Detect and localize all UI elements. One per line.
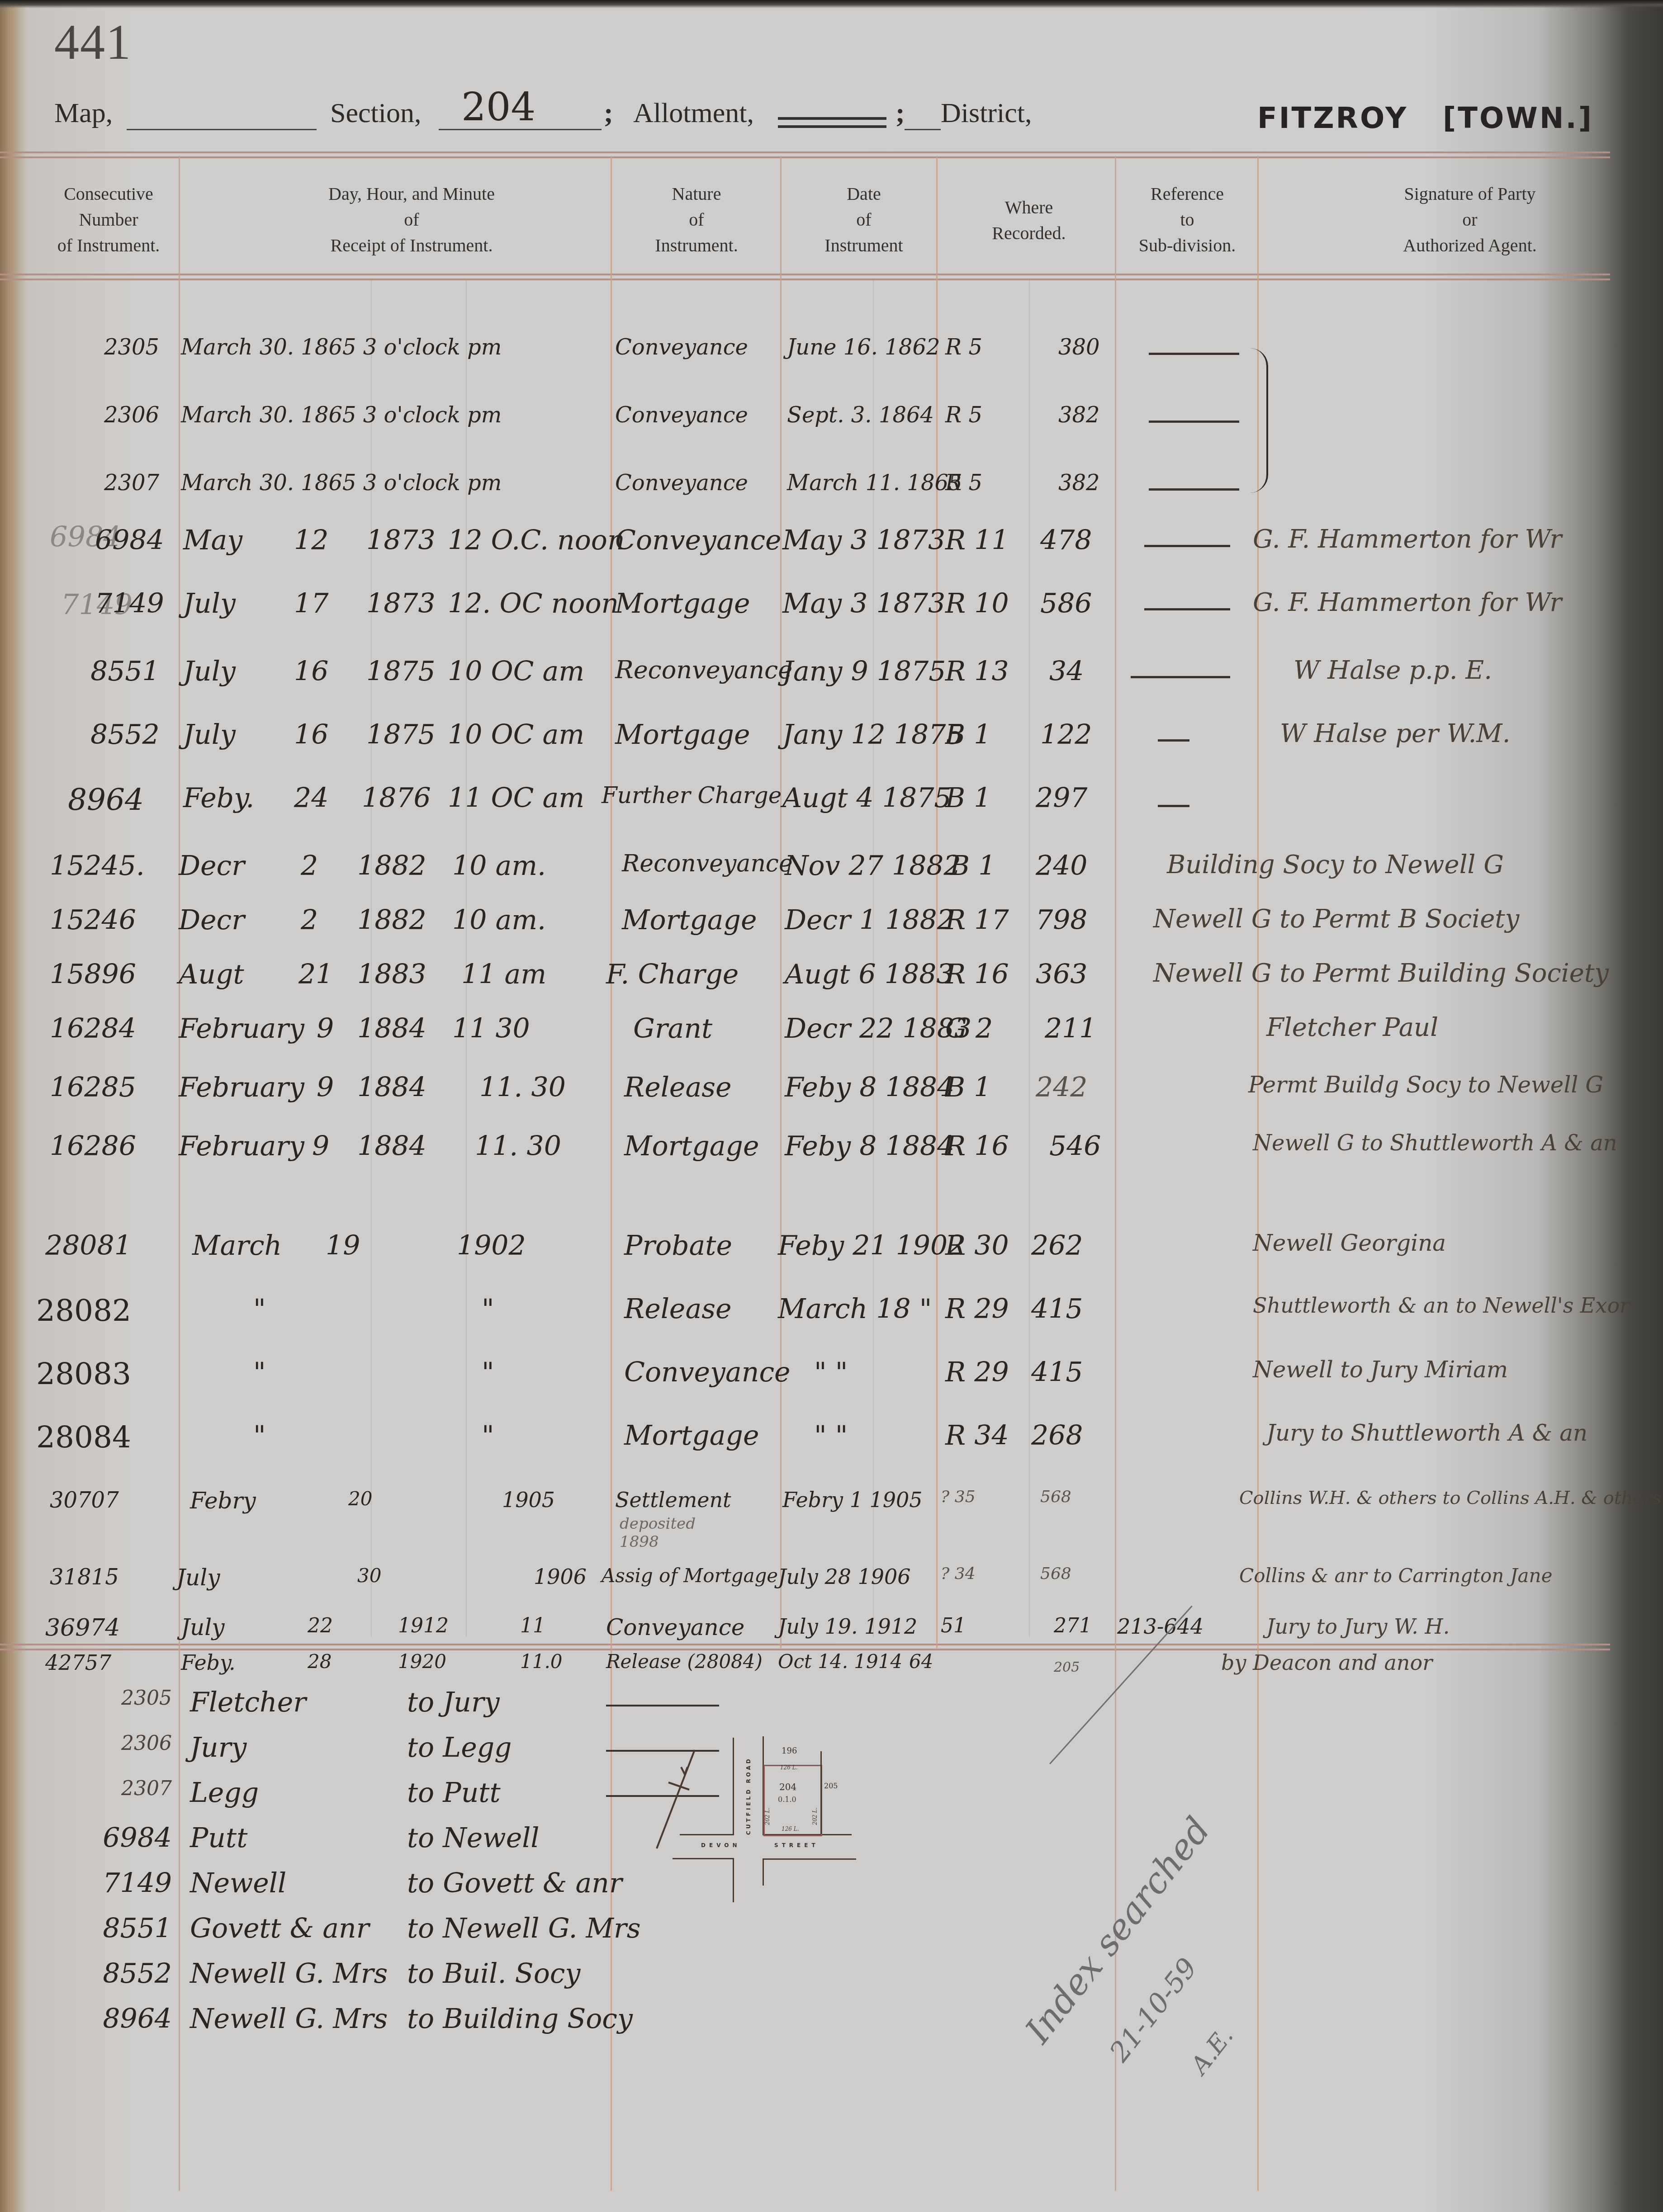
reference-dash [1158, 739, 1189, 742]
north-arrow-icon [656, 1745, 710, 1854]
receipt-month: " [253, 1357, 266, 1388]
receipt-month: February [179, 1072, 304, 1103]
folio-ref: 240 [1036, 850, 1088, 882]
signature: by Deacon and anor [1221, 1650, 1432, 1675]
instrument-date: Nov 27 1882 [785, 850, 961, 882]
receipt-month: Feby. [183, 782, 254, 814]
receipt-day: 16 [294, 656, 328, 687]
receipt-day: 28 [308, 1650, 332, 1673]
book-ref: B 1 [950, 850, 995, 882]
reference-dash [1149, 421, 1239, 423]
allotment-separator: ; [895, 97, 905, 129]
book-ref: R 10 [945, 588, 1009, 619]
instrument-nature: Conveyance [615, 470, 748, 496]
receipt-time: 12 O.C. noon [448, 525, 625, 556]
book-ref: R 16 [945, 1130, 1009, 1162]
receipt-time: 11 OC am [448, 782, 584, 814]
book-ref: R 30 [945, 1230, 1009, 1262]
instrument-date: Feby 8 1884 [785, 1072, 954, 1103]
receipt-year: 1882 [357, 850, 426, 882]
folio-ref: 382 [1058, 470, 1100, 496]
book-ref: B 1 [945, 782, 991, 814]
receipt-time: 10 am. [452, 850, 546, 882]
section-value: 204 [461, 85, 535, 130]
receipt-month: July [183, 588, 236, 619]
book-ref: ? 34 [941, 1564, 976, 1583]
reference-dash [1149, 488, 1239, 491]
book-ref: R 34 [945, 1420, 1009, 1451]
book-ref: B 1 [945, 719, 991, 751]
receipt-time: 11 [520, 1614, 545, 1637]
reference-dash [1149, 353, 1239, 355]
folio-ref: 586 [1040, 588, 1092, 619]
instrument-nature: Settlement [615, 1488, 731, 1512]
page-top-shadow [0, 0, 1663, 8]
page-number: 441 [54, 14, 132, 71]
map-label: Map, [54, 97, 113, 129]
instrument-nature: Grant [633, 1013, 712, 1045]
instrument-number: 15896 [50, 959, 136, 990]
folio-ref: 568 [1040, 1488, 1071, 1506]
folio-ref: 415 [1031, 1357, 1083, 1388]
instrument-date: Oct 14. 1914 [778, 1650, 902, 1673]
receipt-year: 1873 [366, 588, 436, 619]
nature-note: deposited 1898 [620, 1515, 696, 1551]
col-header-number: Consecutive Number of Instrument. [41, 181, 176, 258]
receipt-month: Decr [179, 850, 245, 882]
instrument-number: 30707 [50, 1488, 119, 1513]
reference-dash [1131, 676, 1230, 678]
receipt-day: 19 [326, 1230, 360, 1262]
signature: Shuttleworth & an to Newell's Exor [1253, 1293, 1630, 1318]
receipt-month: February [179, 1130, 304, 1162]
lot-number: 204 [779, 1782, 796, 1792]
instrument-date: May 3 1873 [782, 588, 945, 619]
lot-right-dimension: 202 L. [812, 1807, 818, 1825]
book-ref: 64 [909, 1650, 933, 1673]
instrument-number: 6984 [95, 525, 164, 556]
instrument-date: July 28 1906 [778, 1564, 911, 1589]
column-divider [179, 156, 180, 2191]
receipt-time: " [482, 1357, 494, 1388]
instrument-date: " " [814, 1357, 848, 1388]
chain-rule [606, 1705, 719, 1706]
folio-ref: 798 [1036, 904, 1088, 936]
col-header-nature: Nature of Instrument. [620, 181, 773, 258]
receipt-time: 1902 [457, 1230, 526, 1262]
header-bottom-rule [0, 271, 1610, 283]
subdivision-reference: 213-644 [1117, 1614, 1203, 1639]
receipt-datetime: March 30. 1865 3 o'clock pm [181, 470, 502, 496]
instrument-nature: Conveyance [615, 525, 782, 556]
instrument-number: 28083 [36, 1357, 131, 1391]
receipt-year: 1920 [398, 1650, 446, 1673]
folio-ref: 382 [1058, 402, 1100, 428]
folio-ref: 297 [1036, 782, 1088, 814]
instrument-nature: Mortgage [624, 1420, 759, 1451]
book-ref: R 16 [945, 959, 1009, 990]
instrument-date: Augt 4 1875 [782, 782, 952, 814]
district-label: District, [941, 97, 1032, 129]
receipt-month: " [253, 1420, 266, 1451]
east-lot-number: 205 [824, 1782, 838, 1790]
book-ref: ? 35 [941, 1488, 976, 1506]
column-divider [780, 156, 782, 1648]
district-pre-line [905, 129, 941, 130]
receipt-day: 16 [294, 719, 328, 751]
receipt-year: 1884 [357, 1013, 426, 1045]
index-searched-date: 21-10-59 [1104, 1952, 1203, 2068]
folio-ref: 546 [1049, 1130, 1101, 1162]
receipt-month: Augt [179, 959, 244, 990]
receipt-day: 2 [301, 850, 318, 882]
instrument-date: Sept. 3. 1864 [787, 402, 934, 428]
instrument-nature: Release [624, 1072, 731, 1103]
col-header-date: Date of Instrument [796, 181, 932, 258]
column-subdivider [1029, 280, 1030, 1637]
section-label: Section, [330, 97, 421, 129]
folio-ref: 268 [1031, 1420, 1083, 1451]
folio-ref: 271 [1054, 1614, 1092, 1637]
instrument-nature: Probate [624, 1230, 732, 1262]
signature: Collins W.H. & others to Collins A.H. & … [1239, 1488, 1662, 1508]
book-ref: R 29 [945, 1357, 1009, 1388]
receipt-time: " [482, 1420, 494, 1451]
folio-ref: 568 [1040, 1564, 1071, 1583]
book-ref: R 13 [945, 656, 1009, 687]
receipt-day: 20 [348, 1488, 372, 1510]
col-header-where: Where Recorded. [945, 194, 1113, 246]
receipt-time: 11. 30 [475, 1130, 561, 1162]
lot-top-dimension: 126 L. [780, 1764, 798, 1771]
instrument-number: 28082 [36, 1293, 131, 1328]
receipt-day: 12 [294, 525, 328, 556]
book-ref: R 5 [945, 470, 982, 496]
instrument-nature: Reconveyance [615, 656, 792, 684]
instrument-number: 2305 [104, 335, 159, 360]
allotment-label: Allotment, [633, 97, 754, 129]
receipt-month: May [183, 525, 242, 556]
receipt-day: 9 [312, 1130, 329, 1162]
book-ref: R 11 [945, 525, 1009, 556]
folio-ref: 363 [1036, 959, 1088, 990]
receipt-day: 17 [294, 588, 328, 619]
book-ref: 51 [941, 1614, 966, 1637]
instrument-number: 16285 [50, 1072, 136, 1103]
signature: W Halse p.p. E. [1293, 656, 1492, 685]
receipt-month: July [183, 656, 236, 687]
instrument-number: 15246 [50, 904, 136, 936]
instrument-nature: F. Charge [606, 959, 739, 990]
signature: Newell G to Permt Building Society [1153, 959, 1609, 988]
lot-boundary [820, 1751, 822, 1834]
folio-ref: 415 [1031, 1293, 1083, 1325]
reference-dash [1158, 805, 1189, 807]
receipt-time: 1905 [502, 1488, 555, 1512]
folio-ref: 205 [1054, 1659, 1080, 1675]
lot-bottom-dimension: 126 L. [782, 1826, 799, 1832]
instrument-nature: Mortgage [615, 719, 750, 751]
receipt-month: " [253, 1293, 266, 1325]
receipt-day: 30 [357, 1564, 381, 1587]
signature: Collins & anr to Carrington Jane [1239, 1564, 1553, 1587]
folio-ref: 478 [1040, 525, 1092, 556]
instrument-number: 31815 [50, 1564, 119, 1590]
instrument-nature: Mortgage [624, 1130, 759, 1162]
book-ref: R 29 [945, 1293, 1009, 1325]
receipt-month: July [181, 1614, 224, 1640]
receipt-time: 10 am. [452, 904, 546, 936]
column-divider [936, 156, 938, 1648]
instrument-date: May 3 1873 [782, 525, 945, 556]
signature: Jury to Shuttleworth A & an [1266, 1420, 1587, 1446]
index-searched-initials: A.E. [1185, 2022, 1239, 2080]
district-value: FITZROY [1257, 102, 1408, 135]
receipt-year: 1873 [366, 525, 436, 556]
instrument-nature: Further Charge [602, 782, 782, 808]
street-edge [763, 1858, 856, 1860]
signature: G. F. Hammerton for Wr [1253, 525, 1562, 554]
receipt-month: Decr [179, 904, 245, 936]
receipt-time: 10 OC am [448, 656, 584, 687]
instrument-date: Decr 22 1883 [785, 1013, 971, 1045]
instrument-nature: Mortgage [615, 588, 750, 619]
receipt-time: 11. 30 [479, 1072, 566, 1103]
instrument-number: 2306 [104, 402, 159, 428]
receipt-day: 9 [317, 1013, 334, 1045]
receipt-day: 24 [294, 782, 328, 814]
instrument-date: " " [814, 1420, 848, 1451]
receipt-year: 1884 [357, 1130, 426, 1162]
instrument-number: 2307 [104, 470, 159, 496]
col-header-reference: Reference to Sub-division. [1122, 181, 1253, 258]
receipt-time: " [482, 1293, 494, 1325]
road-edge [763, 1858, 764, 1886]
lot-area: 0.1.0 [778, 1795, 796, 1804]
section-value-line [439, 129, 602, 130]
receipt-datetime: March 30. 1865 3 o'clock pm [181, 335, 502, 360]
receipt-month: February [179, 1013, 304, 1045]
receipt-time: 12. OC noon [448, 588, 619, 619]
receipt-year: 1876 [362, 782, 431, 814]
instrument-date: March 11. 1865 [787, 470, 962, 496]
instrument-date: Feby 21 1902 [778, 1230, 965, 1262]
receipt-time: 10 OC am [448, 719, 584, 751]
lot-plan-diagram: 196 204 205 0.1.0 126 L. 126 L. 202 L. 2… [656, 1718, 1063, 2212]
instrument-date: Jany 9 1875 [782, 656, 946, 687]
instrument-date: March 18 " [778, 1293, 932, 1325]
signature: Newell Georgina [1253, 1230, 1446, 1256]
signature: Jury to Jury W. H. [1266, 1614, 1450, 1639]
reference-dash [1144, 608, 1230, 610]
instrument-date: Jany 12 1875 [782, 719, 963, 751]
signature: Newell to Jury Miriam [1253, 1357, 1508, 1383]
receipt-time: 1906 [534, 1564, 587, 1589]
receipt-time: 11 30 [452, 1013, 530, 1045]
instrument-number: 15245. [50, 850, 145, 882]
instrument-date: Decr 1 1882 [785, 904, 954, 936]
receipt-year: 1882 [357, 904, 426, 936]
instrument-date: June 16. 1862 [787, 335, 940, 360]
book-ref: R 5 [945, 402, 982, 428]
district-suffix: [TOWN.] [1443, 102, 1593, 135]
instrument-nature: Release [624, 1293, 731, 1325]
instrument-number: 42757 [45, 1650, 111, 1675]
reference-dash [1144, 545, 1230, 547]
receipt-year: 1875 [366, 719, 436, 751]
street-label-left: DEVON [701, 1842, 740, 1848]
instrument-date: Feby 8 1884 [785, 1130, 954, 1162]
property-meta-row: Map, Section, 204 ; Allotment, ; Distric… [54, 97, 1592, 147]
signature: Building Socy to Newell G [1167, 850, 1504, 879]
section-separator: ; [604, 97, 613, 129]
receipt-year: 1912 [398, 1614, 449, 1637]
receipt-day: 21 [298, 959, 333, 990]
instrument-date: Augt 6 1883 [785, 959, 954, 990]
receipt-day: 22 [308, 1614, 333, 1637]
road-label: CUTFIELD ROAD [745, 1757, 752, 1835]
book-ref: R 17 [945, 904, 1009, 936]
instrument-nature: Conveyance [624, 1357, 791, 1388]
receipt-time: 11.0 [520, 1650, 563, 1673]
folio-ref: 262 [1031, 1230, 1083, 1262]
book-ref: B 1 [945, 1072, 991, 1103]
map-value-line [127, 129, 317, 130]
instrument-nature: Mortgage [622, 904, 757, 936]
folio-ref: 242 [1036, 1072, 1088, 1103]
ledger-page: 441 Map, Section, 204 ; Allotment, ; Dis… [0, 0, 1663, 2212]
instrument-number: 16286 [50, 1130, 136, 1162]
street-edge [680, 1834, 734, 1835]
instrument-nature: Assig of Mortgage [602, 1564, 778, 1587]
instrument-number: 8964 [68, 782, 144, 817]
col-header-receipt: Day, Hour, and Minute of Receipt of Inst… [253, 181, 570, 258]
instrument-number: 8552 [90, 719, 160, 751]
road-edge [733, 1858, 734, 1902]
north-lot-number: 196 [782, 1746, 797, 1756]
header-top-rule [0, 149, 1610, 161]
instrument-number: 28084 [36, 1420, 131, 1455]
signature: Newell G to Permt B Society [1153, 904, 1519, 934]
grouping-brace [1248, 348, 1268, 493]
receipt-month: Feby. [181, 1650, 236, 1675]
instrument-nature: Conveyance [615, 335, 748, 360]
signature: Permt Buildg Socy to Newell G [1248, 1072, 1603, 1098]
instrument-number: 16284 [50, 1013, 136, 1045]
instrument-number: 7149 [95, 588, 164, 619]
book-ref: R 5 [945, 335, 982, 360]
receipt-year: 1884 [357, 1072, 426, 1103]
folio-ref: 211 [1045, 1013, 1097, 1045]
instrument-number: 36974 [45, 1614, 120, 1641]
receipt-month: July [176, 1564, 220, 1591]
lot-left-dimension: 202 L. [764, 1807, 771, 1825]
street-label-right: STREET [774, 1842, 819, 1848]
receipt-year: 1875 [366, 656, 436, 687]
allotment-value-mark-2 [778, 125, 886, 128]
instrument-date: July 19. 1912 [778, 1614, 917, 1639]
signature: W Halse per W.M. [1280, 719, 1510, 748]
instrument-nature: Release (28084) [606, 1650, 763, 1673]
instrument-nature: Conveyance [615, 402, 748, 428]
receipt-time: 11 am [461, 959, 546, 990]
col-header-signature: Signature of Party or Authorized Agent. [1375, 181, 1565, 258]
receipt-datetime: March 30. 1865 3 o'clock pm [181, 402, 502, 428]
receipt-day: 9 [317, 1072, 334, 1103]
column-divider [1115, 156, 1116, 2191]
instrument-date: Febry 1 1905 [782, 1488, 923, 1512]
signature: G. F. Hammerton for Wr [1253, 588, 1562, 617]
instrument-number: 8551 [90, 656, 160, 687]
receipt-month: July [183, 719, 236, 751]
signature: Fletcher Paul [1266, 1013, 1438, 1042]
allotment-value-mark [778, 117, 886, 120]
instrument-nature: Conveyance [606, 1614, 744, 1640]
receipt-month: Febry [190, 1488, 256, 1514]
street-edge [673, 1858, 734, 1859]
folio-ref: 122 [1040, 719, 1092, 751]
book-ref: G 2 [945, 1013, 993, 1045]
folio-ref: 34 [1049, 656, 1084, 687]
receipt-day: 2 [301, 904, 318, 936]
receipt-year: 1883 [357, 959, 426, 990]
signature: Newell G to Shuttleworth A & an [1253, 1130, 1617, 1156]
receipt-month: March [192, 1230, 282, 1262]
folio-ref: 380 [1058, 335, 1100, 360]
road-edge [733, 1738, 734, 1834]
instrument-nature: Reconveyance [622, 850, 793, 877]
instrument-number: 28081 [45, 1230, 132, 1262]
